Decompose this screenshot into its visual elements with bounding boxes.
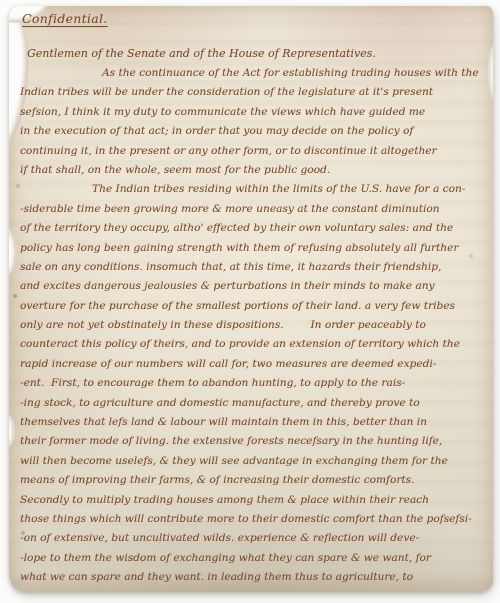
manuscript-line: sefsion, I think it my duty to communica… — [20, 103, 492, 122]
manuscript-line: those things which will contribute more … — [20, 510, 492, 529]
salutation-line: Gentlemen of the Senate and of the House… — [27, 47, 376, 60]
manuscript-line: rapid increase of our numbers will call … — [20, 355, 492, 374]
confidential-label: Confidential. — [22, 11, 108, 26]
manuscript-line: Secondly to multiply trading houses amon… — [20, 491, 492, 510]
manuscript-line: sale on any conditions. insomuch that, a… — [20, 258, 492, 277]
document-scan: Confidential. Gentlemen of the Senate an… — [0, 0, 500, 603]
manuscript-line: in the execution of that act; in order t… — [20, 122, 492, 141]
manuscript-line: continuing it, in the present or any oth… — [20, 142, 492, 161]
manuscript-line: only are not yet obstinately in these di… — [20, 316, 492, 335]
manuscript-line: counteract this policy of theirs, and to… — [20, 335, 492, 354]
manuscript-line: policy has long been gaining strength wi… — [20, 239, 492, 258]
torn-edge-left-lower — [9, 414, 15, 448]
manuscript-line: As the continuance of the Act for establ… — [20, 64, 492, 83]
manuscript-line: -ent. First, to encourage them to abando… — [20, 374, 492, 393]
torn-edge-left-upper — [9, 228, 17, 276]
manuscript-line: The Indian tribes residing within the li… — [20, 180, 492, 199]
manuscript-line: their former mode of living. the extensi… — [20, 432, 492, 451]
manuscript-line: -on of extensive, but uncultivated wilds… — [20, 529, 492, 548]
manuscript-line: means of improving their farms, & of inc… — [20, 471, 492, 490]
manuscript-line: overture for the purchase of the smalles… — [20, 297, 492, 316]
manuscript-line: themselves that lefs land & labour will … — [20, 413, 492, 432]
manuscript-line: if that shall, on the whole, seem most f… — [20, 161, 492, 180]
manuscript-line: -ing stock, to agriculture and domestic … — [20, 394, 492, 413]
manuscript-line: and excites dangerous jealousies & pertu… — [20, 277, 492, 296]
manuscript-page: Confidential. Gentlemen of the Senate an… — [9, 6, 493, 592]
manuscript-line: -lope to them the wisdom of exchanging w… — [20, 549, 492, 568]
manuscript-line: Indian tribes will be under the consider… — [20, 83, 492, 102]
manuscript-line: of the territory they occupy, altho' eff… — [20, 219, 492, 238]
manuscript-line: will then become uselefs, & they will se… — [20, 452, 492, 471]
manuscript-body: As the continuance of the Act for establ… — [20, 64, 492, 588]
manuscript-line: -siderable time been growing more & more… — [20, 200, 492, 219]
manuscript-line: what we can spare and they want. in lead… — [20, 568, 492, 587]
